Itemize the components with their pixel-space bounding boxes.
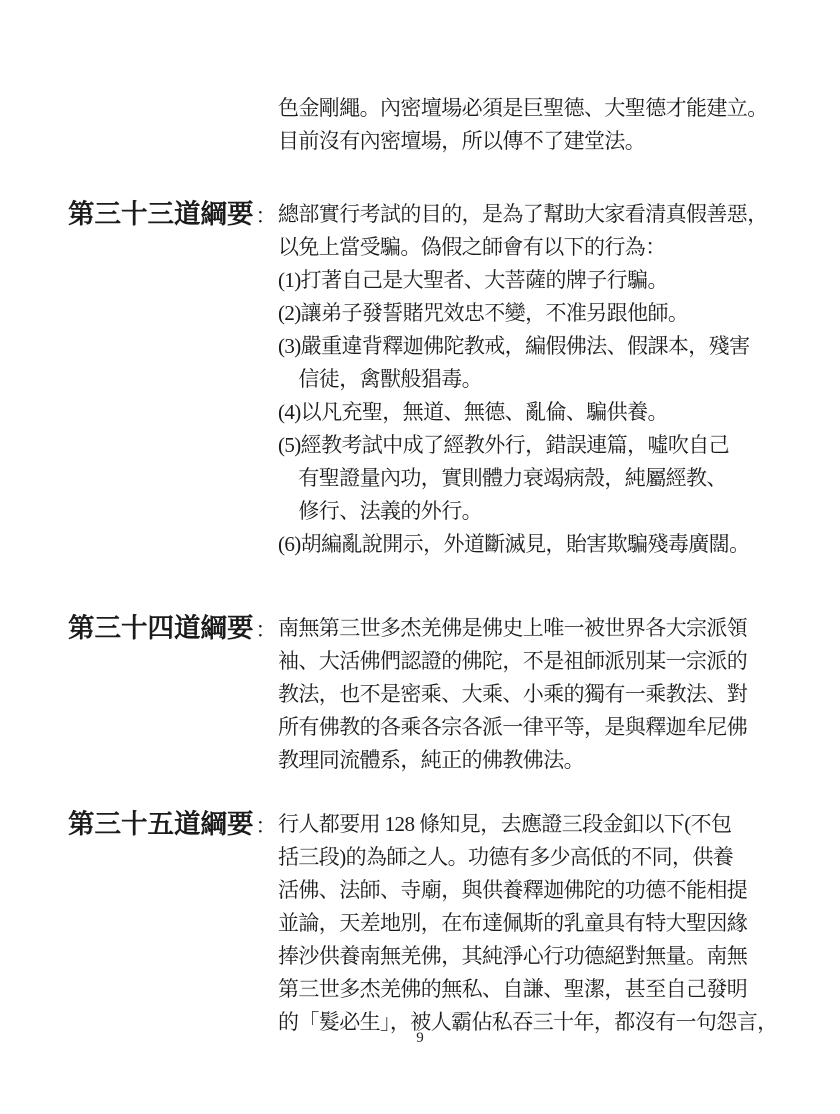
text-line: 捧沙供養南無羌佛，其純淨心行功德絕對無量。南無 xyxy=(278,940,783,973)
section-outline-33: 第三十三道綱要： 總部實行考試的目的，是為了幫助大家看清真假善惡，以免上當受騙。… xyxy=(68,198,783,561)
document-page: 色金剛繩。內密壇場必須是巨聖德、大聖德才能建立。目前沒有內密壇場，所以傳不了建堂… xyxy=(0,0,840,1114)
section-outline-35: 第三十五道綱要： 行人都要用 128 條知見，去應證三段金釦以下(不包括三段)的… xyxy=(68,808,783,1039)
text-line: 並論，天差地別，在布達佩斯的乳童具有特大聖因緣 xyxy=(278,907,783,940)
section-heading: 第三十五道綱要 xyxy=(68,809,254,839)
text-line: 信徒，禽獸般猖毒。 xyxy=(278,363,783,396)
text-line: 以免上當受騙。偽假之師會有以下的行為： xyxy=(278,231,783,264)
text-line: (5)經教考試中成了經教外行，錯誤連篇，噓吹自己 xyxy=(278,429,783,462)
text-line: (2)讓弟子發誓賭咒效忠不變，不准另跟他師。 xyxy=(278,297,783,330)
text-line: 行人都要用 128 條知見，去應證三段金釦以下(不包 xyxy=(278,808,783,841)
section-body: 南無第三世多杰羌佛是佛史上唯一被世界各大宗派領袖、大活佛們認證的佛陀，不是祖師派… xyxy=(278,612,783,777)
section-heading: 第三十三道綱要 xyxy=(68,199,254,229)
text-line: 修行、法義的外行。 xyxy=(278,495,783,528)
text-line: 第三世多杰羌佛的無私、自謙、聖潔，甚至自己發明 xyxy=(278,973,783,1006)
text-line: 袖、大活佛們認證的佛陀，不是祖師派別某一宗派的 xyxy=(278,645,783,678)
text-line: (4)以凡充聖，無道、無德、亂倫、騙供養。 xyxy=(278,396,783,429)
section-outline-34: 第三十四道綱要： 南無第三世多杰羌佛是佛史上唯一被世界各大宗派領袖、大活佛們認證… xyxy=(68,612,783,777)
text-line: 有聖證量內功，實則體力衰竭病殼，純屬經教、 xyxy=(278,462,783,495)
text-line: 所有佛教的各乘各宗各派一律平等，是與釋迦牟尼佛 xyxy=(278,711,783,744)
text-line: 目前沒有內密壇場，所以傳不了建堂法。 xyxy=(278,125,783,158)
text-line: 活佛、法師、寺廟，與供養釋迦佛陀的功德不能相提 xyxy=(278,874,783,907)
heading-colon: ： xyxy=(256,204,277,228)
text-line: 總部實行考試的目的，是為了幫助大家看清真假善惡， xyxy=(278,198,783,231)
text-line: 教理同流體系，純正的佛教佛法。 xyxy=(278,744,783,777)
text-line: 教法，也不是密乘、大乘、小乘的獨有一乘教法、對 xyxy=(278,678,783,711)
text-line: 南無第三世多杰羌佛是佛史上唯一被世界各大宗派領 xyxy=(278,612,783,645)
section-heading: 第三十四道綱要 xyxy=(68,613,254,643)
heading-colon: ： xyxy=(256,618,277,642)
section-heading-cell: 第三十四道綱要： xyxy=(68,612,278,649)
page-number: 9 xyxy=(0,1030,840,1047)
text-line: (1)打著自己是大聖者、大菩薩的牌子行騙。 xyxy=(278,264,783,297)
section-heading-cell: 第三十五道綱要： xyxy=(68,808,278,845)
text-line: (3)嚴重違背釋迦佛陀教戒，編假佛法、假課本，殘害 xyxy=(278,330,783,363)
continuation-paragraph: 色金剛繩。內密壇場必須是巨聖德、大聖德才能建立。目前沒有內密壇場，所以傳不了建堂… xyxy=(278,92,783,158)
text-line: (6)胡編亂說開示，外道斷滅見，貽害欺騙殘毒廣闊。 xyxy=(278,528,783,561)
section-body: 行人都要用 128 條知見，去應證三段金釦以下(不包括三段)的為師之人。功德有多… xyxy=(278,808,783,1039)
section-heading-cell: 第三十三道綱要： xyxy=(68,198,278,235)
text-line: 色金剛繩。內密壇場必須是巨聖德、大聖德才能建立。 xyxy=(278,92,783,125)
text-line: 括三段)的為師之人。功德有多少高低的不同，供養 xyxy=(278,841,783,874)
heading-colon: ： xyxy=(256,814,277,838)
section-body: 總部實行考試的目的，是為了幫助大家看清真假善惡，以免上當受騙。偽假之師會有以下的… xyxy=(278,198,783,561)
